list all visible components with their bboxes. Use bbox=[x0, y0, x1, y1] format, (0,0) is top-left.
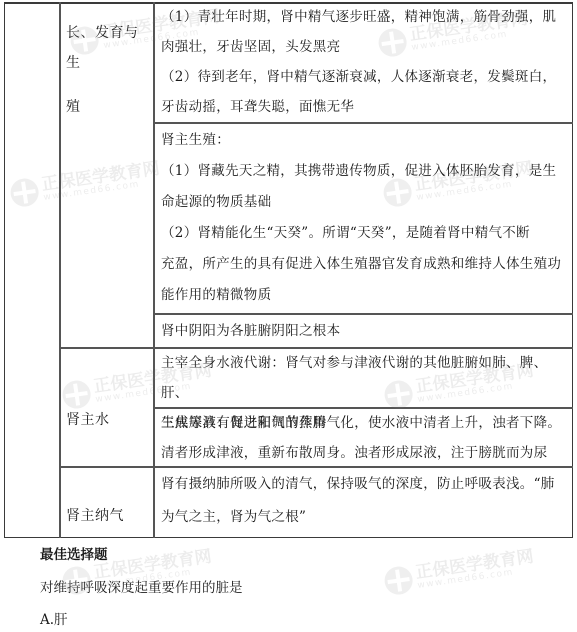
content-line: 为气之主，肾为气之根” bbox=[161, 501, 571, 534]
content-line: 主宰全身水液代谢：肾气对参与津液代谢的其他脏腑如肺、脾、肝、 bbox=[161, 348, 571, 408]
growth-content: （1）青壮年时期，肾中精气逐步旺盛，精神饱满，筋骨劲强，肌 肉强壮，牙齿坚固，头… bbox=[161, 2, 571, 122]
watermark-url: www.med66.com bbox=[417, 565, 536, 590]
table-divider bbox=[153, 313, 573, 315]
row-label-line: 殖 bbox=[66, 92, 152, 122]
row-label-qi: 肾主纳气 bbox=[66, 487, 124, 545]
content-line: （1）肾藏先天之精，其携带遗传物质，促进入体胚胎发育，是生 bbox=[161, 156, 571, 187]
row-label-growth: 长、发育与生 殖 bbox=[66, 4, 152, 136]
content-line: （2）待到老年，肾中精气逐渐衰减，人体逐渐衰老，发鬓斑白， bbox=[161, 62, 571, 92]
answer-option-a[interactable]: A.肝 bbox=[40, 608, 68, 628]
content-line: 牙齿动摇，耳聋失聪，面憔无华 bbox=[161, 92, 571, 122]
content-line: 生成尿液：肾之阳气的蒸腾气化，使水液中清者上升，浊者下降。 bbox=[161, 408, 571, 438]
table-divider bbox=[153, 2, 155, 538]
content-line: 能作用的精微物质 bbox=[161, 280, 571, 311]
content-line: （1）青壮年时期，肾中精气逐步旺盛，精神饱满，筋骨劲强，肌 bbox=[161, 2, 571, 32]
row-label-line: 长、发育与生 bbox=[66, 18, 152, 78]
watermark: 正保医学教育网www.med66.com bbox=[383, 548, 536, 597]
row-label-water: 肾主水 bbox=[66, 391, 110, 449]
content-line: 肾有摄纳肺所吸入的清气，保持吸气的深度，防止呼吸表浅。“肺 bbox=[161, 468, 571, 501]
content-line: （2）肾精能化生“天癸”。所谓“天癸”，是随着肾中精气不断 bbox=[161, 218, 571, 249]
section-title: 最佳选择题 bbox=[40, 543, 108, 563]
content-line: 充盈，所产生的具有促进入体生殖器官发育成熟和维持人体生殖功 bbox=[161, 249, 571, 280]
content-line: 肾主生殖： bbox=[161, 125, 571, 156]
table-divider bbox=[153, 122, 573, 124]
watermark-brand: 正保医学教育网 bbox=[415, 549, 535, 582]
question-stem: 对维持呼吸深度起重要作用的脏是 bbox=[40, 576, 243, 596]
yin-yang-content: 肾中阴阳为各脏腑阴阳之根本 bbox=[161, 316, 571, 346]
content-line: 肾中阴阳为各脏腑阴阳之根本 bbox=[161, 316, 571, 346]
content-line: 命起源的物质基础 bbox=[161, 187, 571, 218]
qi-content: 肾有摄纳肺所吸入的清气，保持吸气的深度，防止呼吸表浅。“肺 为气之主，肾为气之根… bbox=[161, 468, 571, 534]
table-divider bbox=[59, 2, 61, 538]
content-line: 肉强壮，牙齿坚固，头发黑亮 bbox=[161, 32, 571, 62]
content-line: 清者形成津液，重新布散周身。浊者形成尿液，注于膀胱而为尿 bbox=[161, 438, 571, 468]
row-label-line: 肾主水 bbox=[66, 405, 110, 435]
watermark-logo-icon bbox=[383, 565, 415, 597]
reproduction-content: 肾主生殖： （1）肾藏先天之精，其携带遗传物质，促进入体胚胎发育，是生 命起源的… bbox=[161, 125, 571, 311]
row-label-line: 肾主纳气 bbox=[66, 501, 124, 531]
water-urine-content: 生成尿液：肾之阳气的蒸腾气化，使水液中清者上升，浊者下降。 清者形成津液，重新布… bbox=[161, 408, 571, 468]
